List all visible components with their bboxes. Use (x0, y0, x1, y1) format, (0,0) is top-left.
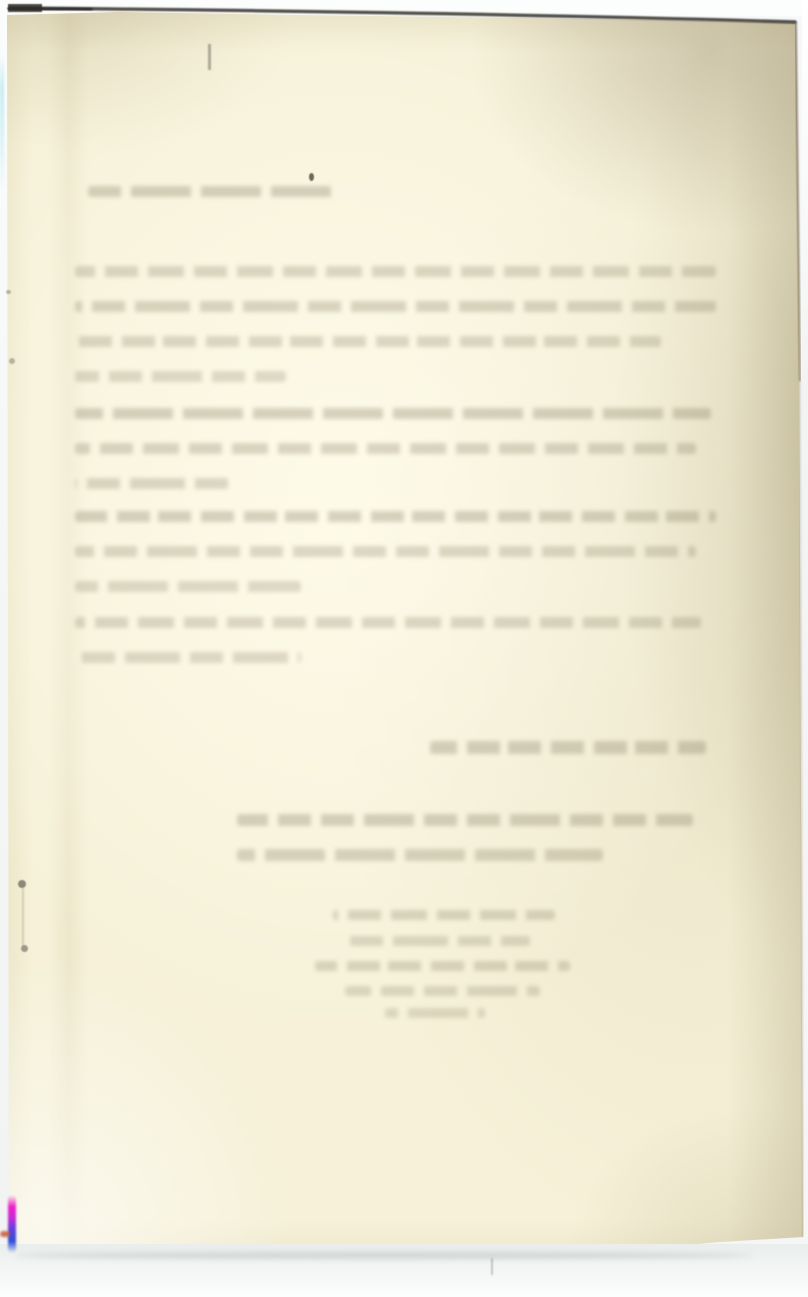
staple-dot-1 (18, 880, 26, 888)
margin-speck-1 (6, 290, 11, 294)
page-bottom-shadow (14, 1252, 754, 1259)
pen-dash (208, 44, 211, 70)
faded-text-line (75, 266, 716, 277)
faded-text-line (385, 1008, 485, 1018)
faded-text-line (75, 546, 696, 557)
faded-text-line (75, 652, 301, 663)
ink-speck (309, 173, 314, 181)
faded-text-line (88, 186, 335, 197)
scanned-page-photo (0, 0, 808, 1297)
scan-color-fringe (0, 55, 4, 190)
staple-dot-2 (21, 945, 28, 952)
faded-text-line (75, 371, 286, 382)
faded-text-line (333, 910, 555, 920)
faded-text-line (345, 986, 540, 996)
red-ink-dash (0, 1231, 10, 1237)
staple-thread (22, 888, 24, 946)
faded-text-line (237, 849, 603, 861)
faded-text-line (315, 961, 570, 971)
faded-text-line (430, 741, 706, 754)
faded-text-line (348, 936, 530, 946)
faded-text-line (75, 581, 301, 592)
faded-text-line (237, 814, 693, 826)
faded-text-line (75, 511, 716, 522)
faded-text-line (75, 301, 716, 312)
faded-text-line (75, 336, 661, 347)
bottom-fiber (491, 1258, 493, 1275)
color-calibration-streak (8, 1195, 16, 1253)
faded-text-line (75, 443, 696, 454)
scanner-margin-right (802, 0, 808, 1297)
top-edge-blob (8, 4, 42, 12)
margin-speck-2 (9, 358, 15, 364)
faded-text-line (75, 617, 701, 628)
faded-text-line (75, 408, 711, 419)
faded-text-line (75, 478, 231, 489)
